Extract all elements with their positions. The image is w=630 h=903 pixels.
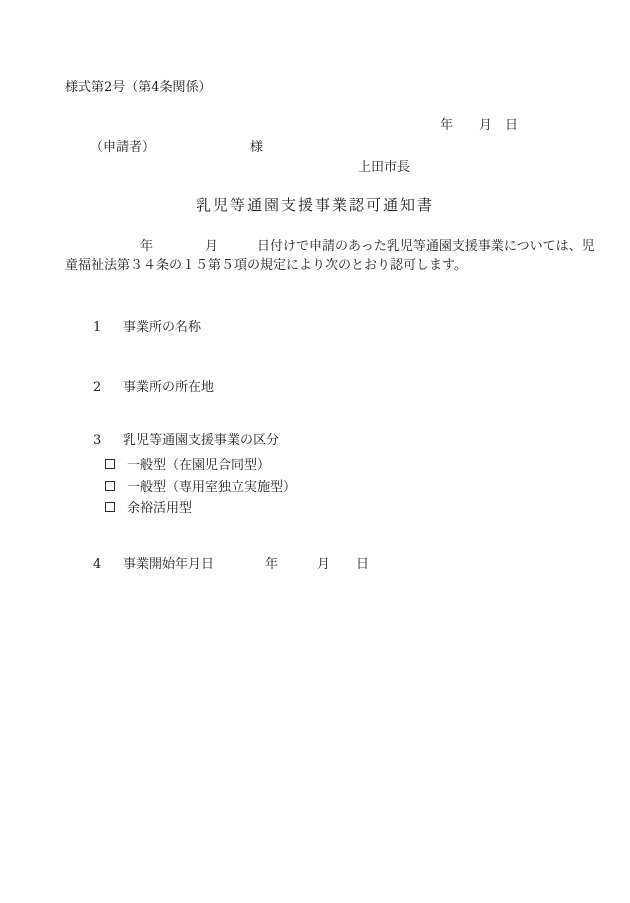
document-title: 乳児等通園支援事業認可通知書 (0, 198, 630, 213)
checkbox-icon (105, 481, 115, 491)
honorific-label: 様 (250, 140, 263, 155)
item-label: 乳児等通園支援事業の区分 (123, 433, 279, 448)
item-number: 4 (93, 557, 101, 572)
body-paragraph-line-2: 童福祉法第３４条の１５第５項の規定により次のとおり認可します。 (65, 258, 467, 273)
date-placeholder-line: 年 月 日 (440, 118, 518, 133)
body-paragraph-line-1: 年 月 日付けで申請のあった乳児等通園支援事業については、児 (140, 239, 595, 254)
document-page: 様式第2号（第4条関係） 年 月 日 （申請者） 様 上田市長 乳児等通園支援事… (0, 0, 630, 903)
checkbox-label: 一般型（在園児合同型） (127, 458, 270, 473)
checkbox-row-general-dedicated: 一般型（専用室独立実施型） (0, 480, 630, 495)
form-number: 様式第2号（第4条関係） (65, 80, 212, 95)
item-start-date: 4 事業開始年月日 年 月 日 (0, 557, 630, 572)
checkbox-icon (105, 502, 115, 512)
item-business-category: 3 乳児等通園支援事業の区分 (0, 433, 630, 448)
start-date-placeholder: 年 月 日 (265, 557, 369, 572)
checkbox-label: 一般型（専用室独立実施型） (127, 480, 296, 495)
item-business-address: 2 事業所の所在地 (0, 380, 630, 395)
item-label: 事業所の名称 (123, 320, 201, 335)
checkbox-row-general-joint: 一般型（在園児合同型） (0, 458, 630, 473)
item-number: 1 (93, 320, 101, 335)
checkbox-row-surplus-use: 余裕活用型 (0, 501, 630, 516)
checkbox-label: 余裕活用型 (127, 501, 192, 516)
item-business-name: 1 事業所の名称 (0, 320, 630, 335)
applicant-row: （申請者） 様 (0, 140, 630, 155)
item-label: 事業所の所在地 (123, 380, 214, 395)
checkbox-icon (105, 459, 115, 469)
item-number: 3 (93, 433, 101, 448)
applicant-label: （申請者） (90, 140, 155, 155)
item-label: 事業開始年月日 (123, 557, 214, 572)
sender-name: 上田市長 (358, 160, 410, 175)
item-number: 2 (93, 380, 101, 395)
